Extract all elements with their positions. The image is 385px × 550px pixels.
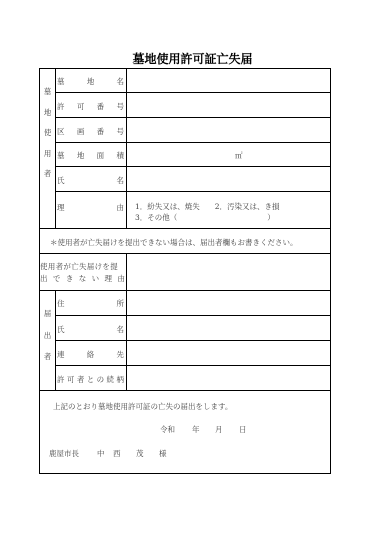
plot-area-field[interactable]	[127, 143, 330, 166]
date-month: 月	[215, 424, 223, 435]
label-reason: 理由	[57, 202, 124, 213]
permit-number-field[interactable]	[127, 93, 330, 117]
label-permit-number: 許可番号	[57, 101, 124, 112]
user-section-label: 墓 地 使 用 者	[40, 88, 55, 178]
date-era: 令和	[160, 424, 175, 435]
contact-field[interactable]	[127, 341, 330, 365]
address-field[interactable]	[127, 291, 330, 315]
instruction-note: ＊使用者が亡失届けを提出できない場合は、届出者欄もお書きください。	[50, 237, 298, 248]
section-divider	[39, 390, 331, 391]
applicant-section-label: 届 出 者	[40, 310, 55, 361]
applicant-name-field[interactable]	[127, 316, 330, 340]
column-divider	[55, 68, 56, 228]
relationship-field[interactable]	[127, 366, 330, 390]
label-cemetery-name: 墓地名	[57, 76, 124, 87]
unable-reason-label-line1: 使用者が亡失届けを提	[40, 261, 118, 272]
unable-reason-field[interactable]	[127, 254, 330, 290]
statement-text: 上記のとおり墓地使用許可証の亡失の届出をします。	[53, 401, 232, 412]
form-title: 墓地使用許可証亡失届	[0, 50, 385, 67]
label-relationship: 許可者との続柄	[57, 374, 124, 385]
section-divider	[39, 228, 331, 229]
date-day: 日	[239, 424, 247, 435]
column-divider	[55, 290, 56, 390]
reason-options-line2[interactable]: 3．その他（ ）	[135, 212, 275, 223]
addressee-name-2: 西	[113, 448, 121, 459]
square-meter-unit: ㎡	[235, 150, 243, 161]
label-plot-area: 墓地面積	[57, 150, 124, 161]
honorific: 様	[159, 448, 167, 459]
label-address: 住所	[57, 298, 124, 309]
label-contact: 連絡先	[57, 349, 124, 360]
label-applicant-name: 氏名	[57, 324, 124, 335]
row-divider	[55, 191, 331, 192]
plot-number-field[interactable]	[127, 118, 330, 142]
label-plot-number: 区画番号	[57, 126, 124, 137]
addressee-title: 鹿屋市長	[49, 448, 79, 459]
addressee-name-3: 茂	[136, 448, 144, 459]
cemetery-name-field[interactable]	[127, 69, 330, 92]
date-year: 年	[192, 424, 200, 435]
addressee-name-1: 中	[97, 448, 105, 459]
reason-options-line1[interactable]: 1．紛失又は、焼失 2．汚染又は、き損	[135, 201, 280, 212]
label-user-name: 氏名	[57, 175, 124, 186]
unable-reason-label-line2: 出できない理由	[40, 273, 125, 284]
user-name-field[interactable]	[127, 167, 330, 191]
